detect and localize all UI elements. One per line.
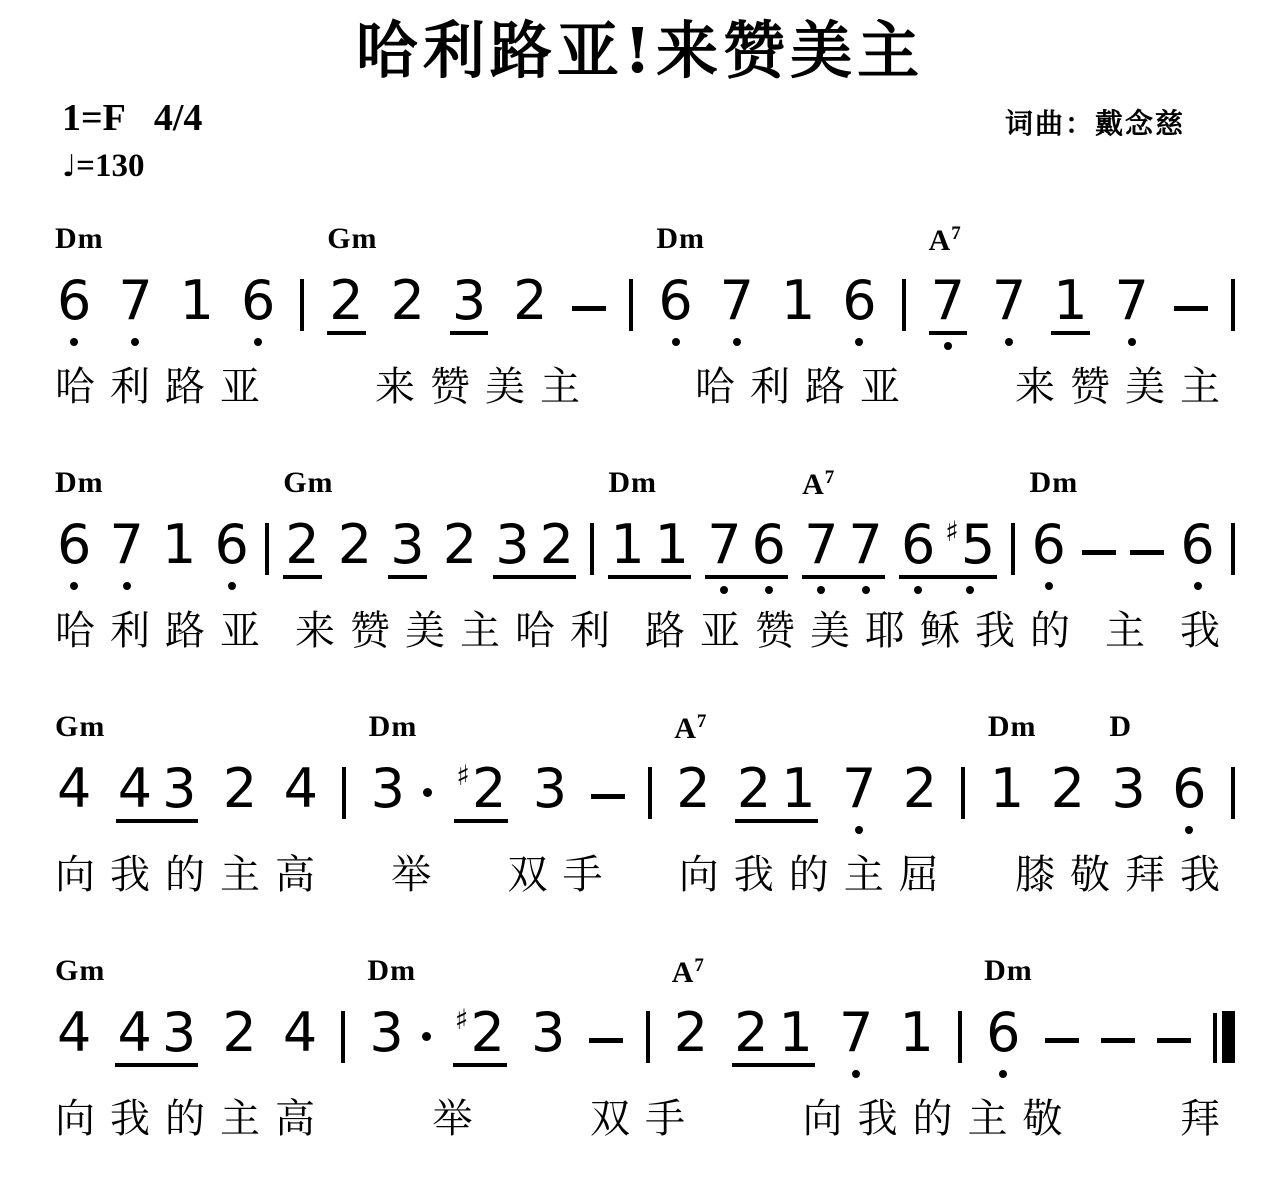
low-octave-dot [123, 582, 131, 590]
note-token: Dm6 [1030, 518, 1068, 579]
low-octave-dot [855, 826, 863, 834]
note-digit: 2 [285, 518, 319, 572]
chord-symbol: Dm [988, 712, 1037, 742]
note-token: ♯2 [454, 762, 508, 823]
key-tempo-block: 1=F4/4 ♩=130 [62, 96, 202, 185]
note-digit: 7 [992, 274, 1026, 328]
low-octave-dot [1045, 582, 1053, 590]
note-group: ♯2 [453, 1006, 507, 1067]
note-group: 7 [990, 274, 1028, 335]
barline [341, 1011, 345, 1063]
note-group: 3 [529, 1006, 567, 1067]
barline [646, 1011, 650, 1063]
time-signature: 4/4 [154, 97, 203, 139]
lyric-segment: 向我的主高 [55, 1097, 330, 1141]
held-note-dash [572, 306, 606, 311]
barline [648, 767, 652, 819]
barline [342, 767, 346, 819]
chord-symbol: Dm [656, 224, 705, 254]
note-digit: 6 [658, 274, 692, 328]
note-token: 43 [116, 762, 199, 823]
notes-row: Dm6716Gm2232Dm6716A77717 [55, 269, 1235, 335]
note-group: 4 [55, 1006, 93, 1067]
note-group: 43 [116, 762, 199, 823]
lyric-segment: 哈利路亚 [55, 609, 275, 653]
note-group: 6 [55, 518, 93, 579]
note-digit: 3 [162, 1006, 196, 1060]
note-digit: 7 [931, 274, 965, 328]
note-digit: 7 [707, 518, 741, 572]
low-octave-dot [765, 586, 773, 594]
note-digit: 2 [903, 762, 937, 816]
note-digit: 3 [371, 762, 405, 816]
note-token: 21 [735, 762, 818, 823]
low-octave-dot [1185, 826, 1193, 834]
note-digit: 1 [655, 518, 689, 572]
held-note-dash [1045, 1038, 1079, 1043]
note-digit: 2 [1051, 762, 1085, 816]
note-group: 7 [718, 274, 756, 335]
note-digit: 7 [118, 274, 152, 328]
barline [590, 523, 594, 575]
note-token: 2 [389, 274, 427, 335]
note-group: 3 [367, 1006, 405, 1067]
held-note-dash [591, 794, 625, 799]
note-token: A72 [672, 1006, 710, 1067]
note-group: 6 [1178, 518, 1216, 579]
low-octave-dot [852, 1070, 860, 1078]
note-digit: 2 [734, 1006, 768, 1060]
note-group: ♯2 [454, 762, 508, 823]
note-token: 6 [239, 274, 277, 335]
note-group: 3 [388, 518, 426, 579]
note-digit: 2 [222, 1006, 256, 1060]
note-group: 2 [327, 274, 365, 335]
note-digit: 6 [752, 518, 786, 572]
note-group: 6 [656, 274, 694, 335]
notes-row: Dm6716Gm223232Dm1176A7776♯5Dm66 [55, 513, 1235, 579]
note-group: 7 [929, 274, 967, 335]
note-digit: 2 [513, 274, 547, 328]
note-group: 43 [115, 1006, 198, 1067]
lyric-segment: 路亚赞美耶稣我的 [645, 609, 1085, 653]
note-digit: 2 [737, 762, 771, 816]
held-note-dash [1130, 550, 1164, 555]
note-token: Gm4 [55, 1006, 93, 1067]
lyric-segment: 膝敬拜我 [1015, 853, 1235, 897]
lyric-segment: 双手 [508, 853, 618, 897]
held-note-dash [1174, 306, 1208, 311]
note-token: 7 [840, 762, 878, 823]
note-group: 21 [735, 762, 818, 823]
note-digit: 1 [1053, 274, 1087, 328]
note-token: Dm6 [55, 518, 93, 579]
note-token: 6 [213, 518, 251, 579]
note-digit: 2 [391, 274, 425, 328]
note-digit: 7 [839, 1006, 873, 1060]
note-digit: 1 [162, 518, 196, 572]
note-digit: 6 [986, 1006, 1020, 1060]
note-group: 2 [283, 518, 321, 579]
note-token: 2 [336, 518, 374, 579]
note-token: 3 [450, 274, 488, 335]
chord-symbol: A7 [672, 956, 705, 988]
quarter-note-icon: ♩ [62, 149, 76, 184]
note-group: 1 [898, 1006, 936, 1067]
low-octave-dot [70, 582, 78, 590]
notation-systems: Dm6716Gm2232Dm6716A77717哈利路亚来赞美主哈利路亚来赞美主… [55, 215, 1235, 1141]
note-digit: 3 [390, 518, 424, 572]
note-digit: 2 [674, 1006, 708, 1060]
note-token: 1 [779, 274, 817, 335]
note-group: 3 [369, 762, 407, 823]
note-digit: 1 [900, 1006, 934, 1060]
note-token: 2 [1049, 762, 1087, 823]
note-token: Dm6 [656, 274, 694, 335]
lyric-segment: 举 [433, 1097, 488, 1141]
note-token: A77 [929, 274, 967, 335]
note-digit: 7 [842, 762, 876, 816]
note-digit: ♯2 [455, 1006, 505, 1060]
chord-symbol: A7 [802, 468, 835, 500]
chord-symbol: A7 [929, 224, 962, 256]
music-system: Dm6716Gm223232Dm1176A7776♯5Dm66哈利路亚来赞美主哈… [55, 459, 1235, 653]
chord-symbol: Gm [327, 224, 377, 254]
note-group: 6 [239, 274, 277, 335]
low-octave-dot [817, 586, 825, 594]
note-group: 2 [672, 1006, 710, 1067]
chord-symbol: Dm [55, 468, 104, 498]
note-digit: 6 [57, 274, 91, 328]
note-digit: 3 [533, 762, 567, 816]
note-token: Dm6 [55, 274, 93, 335]
barline [265, 523, 269, 575]
note-token: Gm2 [283, 518, 321, 579]
note-token: Dm6 [984, 1006, 1022, 1067]
note-group: 6 [1170, 762, 1208, 823]
note-digit: 3 [1111, 762, 1145, 816]
note-token: 43 [115, 1006, 198, 1067]
note-digit: 2 [338, 518, 372, 572]
note-group: 6♯5 [899, 518, 997, 579]
lyrics-row: 哈利路亚来赞美主哈利路亚来赞美主 [55, 365, 1235, 409]
note-digit: 2 [676, 762, 710, 816]
lyric-segment: 来赞美主 [375, 365, 595, 409]
low-octave-dot [720, 586, 728, 594]
note-group: 2 [220, 1006, 258, 1067]
note-group: 1 [779, 274, 817, 335]
note-group: 2 [389, 274, 427, 335]
music-system: Dm6716Gm2232Dm6716A77717哈利路亚来赞美主哈利路亚来赞美主 [55, 215, 1235, 409]
note-group: 1 [160, 518, 198, 579]
note-token: 6 [840, 274, 878, 335]
note-digit: 7 [1115, 274, 1149, 328]
note-group: 7 [1113, 274, 1151, 335]
low-octave-dot [914, 586, 922, 594]
note-group: 1 [1051, 274, 1089, 335]
note-group: 2 [1049, 762, 1087, 823]
low-octave-dot [966, 586, 974, 594]
note-group: 4 [281, 1006, 319, 1067]
chord-symbol: Dm [608, 468, 657, 498]
note-group: 21 [732, 1006, 815, 1067]
barline [1231, 767, 1235, 819]
note-digit: 1 [779, 1006, 813, 1060]
note-group: 3 [1109, 762, 1147, 823]
note-digit: 3 [531, 1006, 565, 1060]
note-token: ♯2 [453, 1006, 507, 1067]
barline [1011, 523, 1015, 575]
music-system: Gm44324Dm3♯23A722172Dm12D36向我的主高举双手向我的主屈… [55, 703, 1235, 897]
note-digit: 3 [495, 518, 529, 572]
note-token: 4 [282, 762, 320, 823]
note-token: 2 [901, 762, 939, 823]
note-digit: 6 [1172, 762, 1206, 816]
note-token: Dm1 [988, 762, 1026, 823]
lyric-segment: 向我的主屈 [679, 853, 954, 897]
chord-symbol: Gm [55, 956, 105, 986]
note-token: 32 [493, 518, 576, 579]
note-digit: 2 [329, 274, 363, 328]
notes-row: Gm44324Dm3♯23A722172Dm12D36 [55, 757, 1235, 823]
lyric-segment: 举 [391, 853, 446, 897]
lyric-segment: 拜 [1180, 1097, 1235, 1141]
note-token: 2 [511, 274, 549, 335]
note-group: 2 [441, 518, 479, 579]
low-octave-dot [862, 586, 870, 594]
chord-symbol: Dm [367, 956, 416, 986]
barline [629, 279, 633, 331]
note-digit: ♯5 [945, 518, 995, 572]
sharp-accidental: ♯ [456, 759, 470, 792]
note-group: 7 [108, 518, 146, 579]
lyric-segment: 主 [1105, 609, 1160, 653]
lyric-segment: 向我的主高 [55, 853, 330, 897]
note-digit: 2 [443, 518, 477, 572]
note-group: 7 [837, 1006, 875, 1067]
augmentation-dot [422, 1032, 431, 1041]
low-octave-dot [228, 582, 236, 590]
note-token: 6 [1178, 518, 1216, 579]
chord-extension: 7 [825, 467, 836, 488]
note-token: A72 [674, 762, 712, 823]
note-token: 6 [1170, 762, 1208, 823]
note-digit: 3 [162, 762, 196, 816]
barline [1231, 523, 1235, 575]
chord-symbol: Dm [1030, 468, 1079, 498]
note-digit: 1 [781, 274, 815, 328]
note-token: 7 [1113, 274, 1151, 335]
note-token: Gm4 [55, 762, 93, 823]
note-token: 21 [732, 1006, 815, 1067]
note-group: 6 [984, 1006, 1022, 1067]
key-signature: 1=F [62, 97, 126, 139]
chord-symbol: Dm [369, 712, 418, 742]
lyric-segment: 双手 [590, 1097, 700, 1141]
note-digit: 1 [781, 762, 815, 816]
note-token: Gm2 [327, 274, 365, 335]
note-group: 2 [221, 762, 259, 823]
note-token: 7 [990, 274, 1028, 335]
low-octave-dot [999, 1070, 1007, 1078]
note-token: Dm3 [369, 762, 432, 823]
note-token: 2 [220, 1006, 258, 1067]
note-digit: 7 [110, 518, 144, 572]
note-digit: 3 [452, 274, 486, 328]
note-group: 7 [116, 274, 154, 335]
note-digit: 1 [610, 518, 644, 572]
note-token: 1 [178, 274, 216, 335]
note-group: 6 [213, 518, 251, 579]
note-token: 2 [221, 762, 259, 823]
low-octave-dot [254, 338, 262, 346]
chord-symbol: Gm [55, 712, 105, 742]
note-digit: 6 [842, 274, 876, 328]
lyrics-row: 哈利路亚来赞美主哈利路亚赞美耶稣我的主我 [55, 609, 1235, 653]
final-barline [1213, 1011, 1235, 1063]
note-token: 3 [531, 762, 569, 823]
note-token: 2 [441, 518, 479, 579]
meta-row: 1=F4/4 ♩=130 词曲：戴念慈 [62, 96, 1185, 185]
key-time-line: 1=F4/4 [62, 96, 202, 140]
note-token: 7 [837, 1006, 875, 1067]
final-barline-thick [1222, 1011, 1235, 1063]
note-digit: 7 [804, 518, 838, 572]
lyric-segment: 来赞美主哈利 [295, 609, 625, 653]
sharp-accidental: ♯ [455, 1003, 469, 1036]
low-octave-dot [855, 338, 863, 346]
lyric-segment: 向我的主敬 [803, 1097, 1078, 1141]
note-digit: 2 [540, 518, 574, 572]
low-octave-dot [1194, 582, 1202, 590]
note-group: 1 [988, 762, 1026, 823]
tempo-line: ♩=130 [62, 148, 202, 185]
note-digit: 4 [57, 762, 91, 816]
note-group: 3 [450, 274, 488, 335]
augmentation-dot [423, 788, 432, 797]
note-group: 2 [336, 518, 374, 579]
note-token: Dm11 [608, 518, 691, 579]
note-group: 4 [282, 762, 320, 823]
low-octave-dot [1005, 338, 1013, 346]
note-token: 76 [705, 518, 788, 579]
low-octave-dot [131, 338, 139, 346]
note-group: 6 [840, 274, 878, 335]
note-digit: 4 [283, 1006, 317, 1060]
lyrics-row: 向我的主高举双手向我的主屈膝敬拜我 [55, 853, 1235, 897]
low-octave-dot [944, 342, 952, 350]
composer-credit: 词曲：戴念慈 [1005, 102, 1185, 142]
note-digit: 6 [1032, 518, 1066, 572]
song-title: 哈利路亚!来赞美主 [0, 14, 1280, 88]
barline [902, 279, 906, 331]
music-system: Gm44324Dm3♯23A722171Dm6向我的主高举双手向我的主敬拜 [55, 947, 1235, 1141]
note-group: 2 [674, 762, 712, 823]
note-group: 11 [608, 518, 691, 579]
note-group: 6 [55, 274, 93, 335]
sharp-accidental: ♯ [945, 515, 959, 548]
note-token: Dm3 [367, 1006, 430, 1067]
note-digit: 1 [990, 762, 1024, 816]
note-group: 4 [55, 762, 93, 823]
held-note-dash [1101, 1038, 1135, 1043]
barline [958, 1011, 962, 1063]
note-group: 1 [178, 274, 216, 335]
chord-symbol: Gm [283, 468, 333, 498]
note-token: 7 [116, 274, 154, 335]
chord-symbol: Dm [984, 956, 1033, 986]
chord-symbol: D [1109, 712, 1132, 742]
chord-symbol: A7 [674, 712, 707, 744]
note-digit: 2 [223, 762, 257, 816]
low-octave-dot [70, 338, 78, 346]
note-token: 7 [718, 274, 756, 335]
final-barline-thin [1213, 1013, 1217, 1063]
note-digit: 6 [901, 518, 935, 572]
note-digit: 1 [180, 274, 214, 328]
chord-symbol: Dm [55, 224, 104, 254]
note-token: 7 [108, 518, 146, 579]
low-octave-dot [672, 338, 680, 346]
note-digit: 7 [720, 274, 754, 328]
low-octave-dot [733, 338, 741, 346]
note-group: 2 [901, 762, 939, 823]
note-group: 32 [493, 518, 576, 579]
note-token: 4 [281, 1006, 319, 1067]
lyric-segment: 来赞美主 [1015, 365, 1235, 409]
barline [1231, 279, 1235, 331]
note-token: 3 [529, 1006, 567, 1067]
lyric-segment: 我 [1180, 609, 1235, 653]
note-group: 2 [511, 274, 549, 335]
lyric-segment: 哈利路亚 [55, 365, 275, 409]
chord-extension: 7 [951, 223, 962, 244]
note-digit: 6 [57, 518, 91, 572]
lyric-segment: 哈利路亚 [695, 365, 915, 409]
notes-row: Gm44324Dm3♯23A722171Dm6 [55, 1001, 1235, 1067]
held-note-dash [1082, 550, 1116, 555]
note-token: 1 [898, 1006, 936, 1067]
note-digit: 4 [57, 1006, 91, 1060]
barline [961, 767, 965, 819]
note-digit: 4 [118, 762, 152, 816]
note-group: 77 [802, 518, 885, 579]
low-octave-dot [1128, 338, 1136, 346]
held-note-dash [1157, 1038, 1191, 1043]
note-digit: ♯2 [456, 762, 506, 816]
chord-extension: 7 [694, 955, 705, 976]
note-digit: 7 [848, 518, 882, 572]
note-group: 7 [840, 762, 878, 823]
barline [300, 279, 304, 331]
note-token: 3 [388, 518, 426, 579]
note-group: 76 [705, 518, 788, 579]
note-digit: 4 [117, 1006, 151, 1060]
held-note-dash [589, 1038, 623, 1043]
note-digit: 6 [215, 518, 249, 572]
note-group: 3 [531, 762, 569, 823]
note-digit: 6 [241, 274, 275, 328]
note-group: 6 [1030, 518, 1068, 579]
note-digit: 6 [1180, 518, 1214, 572]
note-token: 1 [1051, 274, 1089, 335]
chord-extension: 7 [697, 711, 708, 732]
tempo-value: =130 [76, 148, 144, 184]
note-token: A777 [802, 518, 885, 579]
lyrics-row: 向我的主高举双手向我的主敬拜 [55, 1097, 1235, 1141]
sheet-music-page: 哈利路亚!来赞美主 1=F4/4 ♩=130 词曲：戴念慈 Dm6716Gm22… [0, 0, 1280, 1198]
note-token: 6♯5 [899, 518, 997, 579]
